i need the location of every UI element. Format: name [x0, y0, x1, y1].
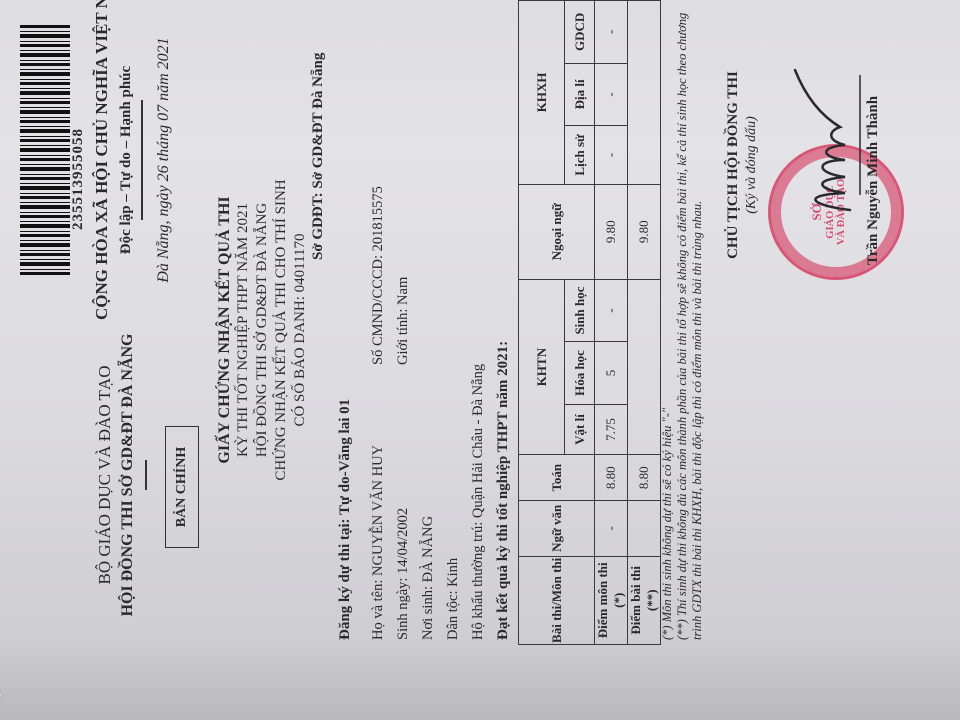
header-sinh-hoc: Sinh học — [565, 279, 595, 341]
score-toan: 8.80 — [595, 455, 628, 501]
score-gdcd: - — [595, 1, 628, 64]
barcode-number: 235513955058 — [70, 128, 87, 230]
ministry-name: BỘ GIÁO DỤC VÀ ĐÀO TẠO — [95, 330, 115, 620]
signature-icon — [790, 65, 870, 215]
test-score-khtn — [628, 279, 661, 455]
header-dia-li: Địa lí — [565, 63, 595, 125]
score-vat-li: 7.75 — [595, 404, 628, 455]
ethnicity: Dân tộc: Kinh — [445, 558, 462, 640]
score-hoa-hoc: 5 — [595, 342, 628, 404]
watermark: Giasubaochau.net — [0, 550, 8, 710]
divider — [145, 460, 147, 490]
exam-name: KỲ THI TỐT NGHIỆP THPT NĂM 2021 — [234, 120, 253, 540]
header-ngu-van: Ngữ văn — [519, 501, 595, 557]
footnote-1: (*) Môn thi sinh không dự thi sẽ có ký h… — [660, 0, 675, 640]
score-sinh-hoc: - — [595, 279, 628, 341]
header-vat-li: Vật lí — [565, 404, 595, 455]
test-score-toan: 8.80 — [628, 455, 661, 501]
candidate-number: CÓ SỐ BÁO DANH: 04011170 — [291, 120, 310, 540]
certification-line: CHỨNG NHẬN KẾT QUẢ THI CHO THÍ SINH — [272, 120, 291, 540]
original-badge: BẢN CHÍNH — [165, 426, 199, 548]
birthplace: Nơi sinh: ĐÀ NẴNG — [420, 516, 437, 640]
table-row: Điểm môn thi (*) - 8.80 7.75 5 - 9.80 - … — [595, 1, 628, 645]
national-motto: Độc lập – Tự do – Hạnh phúc — [118, 0, 135, 320]
score-ngoai-ngu: 9.80 — [595, 184, 628, 279]
score-table: Bài thi/Môn thi Ngữ văn Toán KHTN Ngoại … — [518, 0, 661, 645]
council-name: HỘI ĐỒNG THI SỞ GD&ĐT ĐÀ NẴNG — [119, 330, 137, 620]
header-lich-su: Lịch sử — [565, 126, 595, 185]
date-of-birth: Sinh ngày: 14/04/2002 — [395, 508, 412, 640]
issue-date: Đà Nẵng, ngày 26 tháng 07 năm 2021 — [155, 0, 173, 320]
chair-subtitle: (Ký và đóng dấu) — [744, 35, 760, 295]
header-hoa-hoc: Hóa học — [565, 342, 595, 404]
header-ngoai-ngu: Ngoại ngữ — [519, 184, 595, 279]
certificate-page: 235513955058 BỘ GIÁO DỤC VÀ ĐÀO TẠO HỘI … — [0, 0, 960, 720]
permanent-address: Hộ khẩu thường trú: Quận Hải Châu - Đà N… — [470, 364, 487, 640]
right-header: CỘNG HÒA XÃ HỘI CHỦ NGHĨA VIỆT NAM Độc l… — [92, 0, 173, 320]
barcode — [20, 25, 70, 275]
id-number: Số CMND/CCCD: 201815575 — [370, 186, 387, 365]
left-header: BỘ GIÁO DỤC VÀ ĐÀO TẠO HỘI ĐỒNG THI SỞ G… — [95, 330, 155, 620]
test-score-ngoai-ngu: 9.80 — [628, 184, 661, 279]
chair-block: CHỦ TỊCH HỘI ĐỒNG THI (Ký và đóng dấu) — [725, 35, 760, 295]
chair-title: CHỦ TỊCH HỘI ĐỒNG THI — [725, 35, 742, 295]
header-toan: Toán — [519, 455, 595, 501]
table-header-row: Bài thi/Môn thi Ngữ văn Toán KHTN Ngoại … — [519, 1, 565, 645]
row-label: Điểm bài thi (**) — [628, 556, 661, 644]
test-score-ngu-van — [628, 501, 661, 557]
score-lich-su: - — [595, 126, 628, 185]
certificate-title-block: GIẤY CHỨNG NHẬN KẾT QUẢ THI KỲ THI TỐT N… — [215, 120, 310, 540]
footnote-2: (**) Thí sinh dự thi không đủ các môn th… — [675, 0, 705, 640]
score-ngu-van: - — [595, 501, 628, 557]
candidate-name: Họ và tên: NGUYỄN VĂN HUY — [370, 445, 387, 640]
registration-place: Đăng ký dự thi tại: Tự do-Vãng lai 01 — [337, 399, 354, 640]
gender: Giới tính: Nam — [395, 277, 412, 365]
signer-name: Trần Nguyễn Minh Thành — [865, 96, 882, 265]
result-title: Đạt kết quả kỳ thi tốt nghiệp THPT năm 2… — [495, 341, 512, 640]
row-label: Điểm môn thi (*) — [595, 556, 628, 644]
header-group-khxh: KHXH — [519, 1, 565, 185]
header-group-khtn: KHTN — [519, 279, 565, 455]
exam-council: HỘI ĐỒNG THI SỞ GD&ĐT ĐÀ NẴNG — [253, 120, 272, 540]
certificate-title: GIẤY CHỨNG NHẬN KẾT QUẢ THI — [215, 120, 234, 540]
nation-name: CỘNG HÒA XÃ HỘI CHỦ NGHĨA VIỆT NAM — [92, 0, 112, 320]
header-corner: Bài thi/Môn thi — [519, 556, 595, 644]
footnotes: (*) Môn thi sinh không dự thi sẽ có ký h… — [660, 0, 705, 640]
test-score-khxh — [628, 1, 661, 185]
divider — [141, 100, 143, 220]
score-dia-li: - — [595, 63, 628, 125]
table-row: Điểm bài thi (**) 8.80 9.80 — [628, 1, 661, 645]
header-gdcd: GDCD — [565, 1, 595, 64]
department: Sở GDĐT: Sở GD&ĐT Đà Nẵng — [310, 53, 327, 260]
